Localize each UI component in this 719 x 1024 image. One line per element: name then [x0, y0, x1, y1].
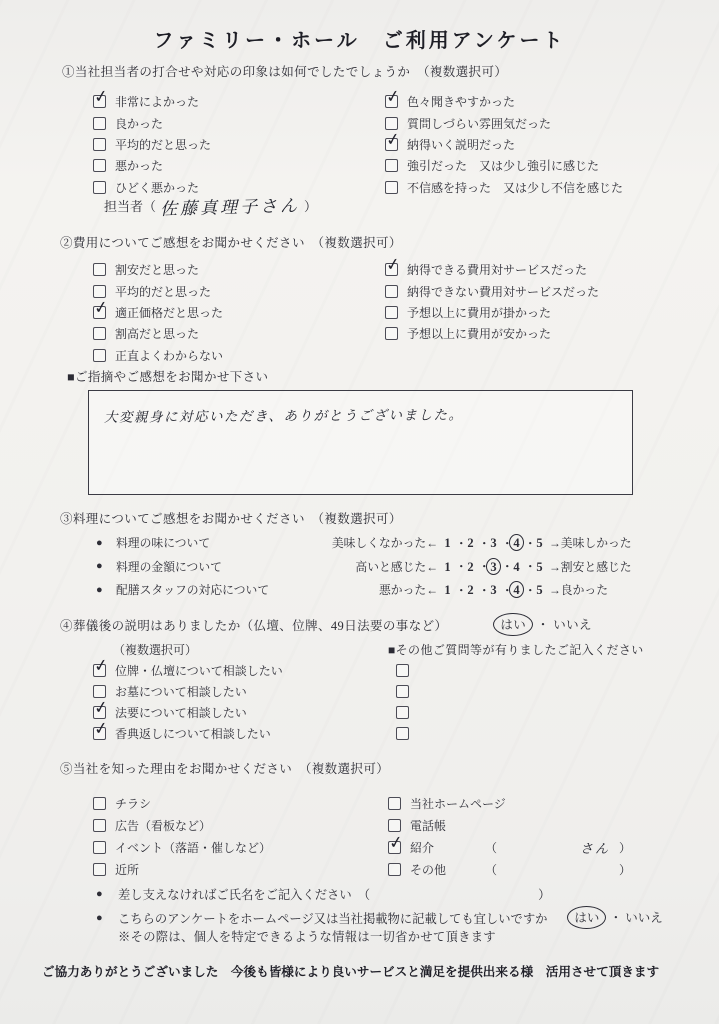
bullet-icon: ●: [96, 888, 118, 900]
section-5-heading: ⑤当社を知った理由をお聞かせください （複数選択可）: [60, 759, 389, 777]
checkbox: [385, 285, 398, 298]
scale-number: 2: [463, 581, 478, 598]
scale-number: 3: [486, 534, 501, 551]
section-5-left-options: チラシ 広告（看板など） イベント（落語・催しなど） 近所: [93, 792, 271, 880]
empty-box-row: [396, 702, 409, 723]
scale-number: 5: [532, 558, 547, 575]
section-1-right-options: 色々聞きやすかった 質問しづらい雰囲気だった 納得いく説明だった 強引だった 又…: [385, 91, 623, 198]
scale-separator: ・: [455, 557, 463, 575]
checkbox: [385, 117, 398, 130]
scale-number: 5: [532, 534, 547, 551]
option-label: 悪かった: [115, 157, 163, 174]
rating-high-label: →美味しかった: [549, 534, 632, 551]
section-1-left-options: 非常によかった 良かった 平均的だと思った 悪かった ひどく悪かった: [93, 91, 211, 198]
rating-low-label: 高いと感じた←: [316, 558, 438, 575]
option-label: 色々聞きやすかった: [407, 93, 515, 110]
option-row: 香典返しについて相談したい: [93, 723, 283, 744]
option-label: その他: [410, 861, 476, 878]
checkbox: [93, 685, 106, 698]
checkbox: [93, 159, 106, 172]
option-row: 当社ホームページ: [388, 792, 631, 814]
option-row: 法要について相談したい: [93, 702, 283, 723]
checkbox: [93, 285, 106, 298]
rating-row: ● 料理の味について 美味しくなかった← 1・2・3・4・5 →美味しかった: [96, 531, 632, 555]
checkbox: [93, 797, 106, 810]
option-row: 近所: [93, 858, 271, 880]
yes-no-answer: はい ・ いいえ: [567, 906, 662, 929]
checkbox: [396, 685, 409, 698]
scale-number: 4: [509, 558, 524, 575]
checkbox: [93, 263, 106, 276]
option-label: 不信感を持った 又は少し不信を感じた: [407, 179, 623, 196]
scale-separator: ・: [501, 534, 509, 552]
checkbox: [385, 327, 398, 340]
rating-row: ● 料理の金額について 高いと感じた← 1・2・3・4・5 →割安と感じた: [96, 555, 632, 579]
checkbox: [93, 349, 106, 362]
option-row: 納得できる費用対サービスだった: [385, 259, 599, 280]
checkbox: [93, 727, 106, 740]
option-row: 非常によかった: [93, 91, 211, 112]
checkbox: [385, 263, 398, 276]
scale-separator: ・: [524, 534, 532, 552]
scale-separator: ・: [478, 557, 486, 575]
scale-separator: ・: [501, 581, 509, 599]
rating-scale: 1・2・3・4・5: [440, 581, 547, 599]
rating-high-label: →良かった: [549, 581, 608, 598]
circled-yes: はい: [567, 906, 606, 929]
option-row: 平均的だと思った: [93, 134, 211, 155]
option-label: 紹介: [410, 839, 476, 856]
footer-thanks: ご協力ありがとうございました 今後も皆様により良いサービスと満足を提供出来る様 …: [42, 961, 659, 980]
no-option: いいえ: [625, 911, 663, 925]
publish-permission-line: ● こちらのアンケートをホームページ又は当社掲載物に記載しても宜しいですか はい…: [96, 906, 663, 929]
rating-low-label: 美味しくなかった←: [316, 534, 438, 551]
checkbox: [93, 863, 106, 876]
section-4-left-options: 位牌・仏壇について相談したい お墓について相談したい 法要について相談したい 香…: [93, 660, 283, 744]
scale-separator: ・: [478, 581, 486, 599]
option-row: 良かった: [93, 112, 211, 133]
option-row: 悪かった: [93, 155, 211, 176]
section-2-right-options: 納得できる費用対サービスだった 納得できない費用対サービスだった 予想以上に費用…: [385, 259, 599, 345]
scale-number: 4: [509, 581, 524, 598]
rating-item-label: 配膳スタッフの対応について: [116, 581, 316, 598]
section-2-left-options: 割安だと思った 平均的だと思った 適正価格だと思った 割高だと思った 正直よくわ…: [93, 259, 223, 366]
no-option: いいえ: [553, 618, 592, 632]
option-label: 非常によかった: [115, 93, 199, 110]
option-label: 納得できる費用対サービスだった: [407, 261, 587, 278]
checkbox: [93, 327, 106, 340]
checkbox: [385, 138, 398, 151]
checkbox: [388, 841, 401, 854]
scale-number: 1: [440, 558, 455, 575]
option-label: 良かった: [115, 115, 163, 132]
scale-number: 4: [509, 534, 524, 551]
scale-separator: ・: [524, 581, 532, 599]
scale-number: 1: [440, 581, 455, 598]
empty-box-row: [396, 723, 409, 744]
checkbox: [388, 797, 401, 810]
paren-handwritten-value: さん: [506, 838, 610, 857]
form-title: ファミリー・ホール ご利用アンケート: [0, 24, 719, 53]
option-row: 広告（看板など）: [93, 814, 271, 836]
option-label: 割安だと思った: [115, 261, 199, 278]
bullet-icon: ●: [96, 584, 116, 596]
option-row: 納得いく説明だった: [385, 134, 623, 155]
scale-number: 3: [486, 558, 501, 575]
bullet-icon: ●: [96, 912, 118, 924]
checkbox: [93, 138, 106, 151]
rating-high-label: →割安と感じた: [549, 558, 632, 575]
rating-low-label: 悪かった←: [316, 581, 438, 598]
checkbox: [93, 706, 106, 719]
option-row: 正直よくわからない: [93, 345, 223, 366]
option-label: 納得いく説明だった: [407, 136, 515, 153]
paren-close: ）: [619, 839, 631, 856]
checkbox: [93, 95, 106, 108]
option-row: 適正価格だと思った: [93, 302, 223, 323]
scale-number: 1: [440, 534, 455, 551]
scale-separator: ・: [455, 581, 463, 599]
option-label: 電話帳: [410, 817, 446, 834]
option-row: 平均的だと思った: [93, 280, 223, 301]
checkbox: [385, 159, 398, 172]
privacy-note: ※その際は、個人を特定できるような情報は一切省かせて頂きます: [118, 927, 496, 945]
section-4-heading: ④葬儀後の説明はありましたか（仏壇、位牌、49日法要の事など）: [60, 616, 447, 634]
scale-number: 2: [463, 534, 478, 551]
checkbox: [93, 819, 106, 832]
yes-no-separator: ・: [537, 618, 550, 632]
checkbox: [93, 306, 106, 319]
section-3-rating-rows: ● 料理の味について 美味しくなかった← 1・2・3・4・5 →美味しかった ●…: [96, 531, 632, 602]
option-row: 紹介（さん）: [388, 836, 631, 858]
option-label: 近所: [115, 861, 139, 878]
option-label: 割高だと思った: [115, 325, 199, 342]
option-label: 位牌・仏壇について相談したい: [115, 662, 283, 679]
option-row: その他（）: [388, 858, 631, 880]
option-row: お墓について相談したい: [93, 681, 283, 702]
option-row: 電話帳: [388, 814, 631, 836]
staff-line: 担当者（ 佐藤真理子さん ）: [104, 193, 317, 218]
checkbox: [93, 181, 106, 194]
scale-number: 5: [532, 581, 547, 598]
option-row: 不信感を持った 又は少し不信を感じた: [385, 177, 623, 198]
staff-label: 担当者（: [104, 196, 156, 215]
empty-box-row: [396, 660, 409, 681]
scale-separator: ・: [524, 557, 532, 575]
option-row: イベント（落語・催しなど）: [93, 836, 271, 858]
rating-scale: 1・2・3・4・5: [440, 557, 547, 575]
section-2-heading: ②費用についてご感想をお聞かせください （複数選択可）: [60, 233, 402, 251]
option-label: 当社ホームページ: [410, 795, 506, 812]
checkbox: [396, 664, 409, 677]
option-label: 広告（看板など）: [115, 817, 211, 834]
section-4-other-boxes: [396, 660, 409, 744]
option-label: 平均的だと思った: [115, 283, 211, 300]
option-label: 法要について相談したい: [115, 704, 247, 721]
name-request-text: 差し支えなければご氏名をご記入ください （: [118, 885, 370, 903]
checkbox: [385, 181, 398, 194]
section-4-heading-line: ④葬儀後の説明はありましたか（仏壇、位牌、49日法要の事など） はい ・ いいえ: [60, 613, 592, 636]
checkbox: [93, 117, 106, 130]
paren-open: （: [485, 861, 497, 878]
option-label: チラシ: [115, 795, 151, 812]
rating-row: ● 配膳スタッフの対応について 悪かった← 1・2・3・4・5 →良かった: [96, 578, 632, 602]
option-row: 予想以上に費用が安かった: [385, 323, 599, 344]
checkbox: [388, 863, 401, 876]
section-4-subnote: （複数選択可）: [113, 641, 197, 658]
option-row: 割高だと思った: [93, 323, 223, 344]
option-row: 強引だった 又は少し強引に感じた: [385, 155, 623, 176]
handwritten-comment: 大変親身に対応いただき、ありがとうございました。: [104, 402, 617, 426]
yes-no-answer: はい ・ いいえ: [493, 613, 591, 636]
rating-item-label: 料理の金額について: [116, 558, 316, 575]
option-row: 質問しづらい雰囲気だった: [385, 112, 623, 133]
rating-scale: 1・2・3・4・5: [440, 534, 547, 552]
option-label: 質問しづらい雰囲気だった: [407, 115, 551, 132]
bullet-icon: ●: [96, 537, 116, 549]
comments-box: 大変親身に対応いただき、ありがとうございました。: [88, 390, 633, 495]
option-row: 割安だと思った: [93, 259, 223, 280]
yes-no-separator: ・: [610, 911, 623, 925]
bullet-icon: ●: [96, 560, 116, 572]
option-row: 色々聞きやすかった: [385, 91, 623, 112]
option-label: 予想以上に費用が安かった: [407, 325, 551, 342]
checkbox: [93, 664, 106, 677]
scale-separator: ・: [455, 534, 463, 552]
comments-heading: ■ご指摘やご感想をお聞かせ下さい: [67, 367, 268, 385]
option-label: 納得できない費用対サービスだった: [407, 283, 599, 300]
option-label: イベント（落語・催しなど）: [115, 839, 271, 856]
scale-separator: ・: [501, 557, 509, 575]
section-1-heading: ①当社担当者の打合せや対応の印象は如何でしたでしょうか （複数選択可）: [62, 62, 507, 80]
name-request-line: ● 差し支えなければご氏名をご記入ください （ ）: [96, 885, 550, 903]
checkbox: [385, 95, 398, 108]
option-label: 香典返しについて相談したい: [115, 725, 271, 742]
checkbox: [385, 306, 398, 319]
option-label: 強引だった 又は少し強引に感じた: [407, 157, 599, 174]
checkbox: [388, 819, 401, 832]
empty-box-row: [396, 681, 409, 702]
paren-close: ）: [619, 861, 631, 878]
checkbox: [396, 706, 409, 719]
scale-separator: ・: [478, 534, 486, 552]
paren-close: ）: [538, 885, 550, 903]
staff-close-paren: ）: [304, 196, 317, 215]
circled-yes: はい: [493, 613, 533, 636]
scale-number: 2: [463, 558, 478, 575]
checkbox: [396, 727, 409, 740]
publish-permission-text: こちらのアンケートをホームページ又は当社掲載物に記載しても宜しいですか: [118, 909, 547, 927]
paren-open: （: [485, 839, 497, 856]
option-row: 納得できない費用対サービスだった: [385, 280, 599, 301]
scanned-survey-page: ファミリー・ホール ご利用アンケート ①当社担当者の打合せや対応の印象は如何でし…: [0, 0, 719, 1024]
option-row: 位牌・仏壇について相談したい: [93, 660, 283, 681]
option-label: 適正価格だと思った: [115, 304, 223, 321]
option-label: 正直よくわからない: [115, 347, 223, 364]
option-label: お墓について相談したい: [115, 683, 247, 700]
rating-item-label: 料理の味について: [116, 534, 316, 551]
option-label: 予想以上に費用が掛かった: [407, 304, 551, 321]
section-3-heading: ③料理についてご感想をお聞かせください （複数選択可）: [60, 509, 402, 527]
section-5-right-options: 当社ホームページ 電話帳 紹介（さん） その他（）: [388, 792, 631, 880]
checkbox: [93, 841, 106, 854]
option-row: チラシ: [93, 792, 271, 814]
staff-name-handwritten: 佐藤真理子さん: [160, 191, 301, 220]
option-label: 平均的だと思った: [115, 136, 211, 153]
section-4-right-heading: ■その他ご質問等が有りましたご記入ください: [388, 641, 644, 658]
scale-number: 3: [486, 581, 501, 598]
option-row: 予想以上に費用が掛かった: [385, 302, 599, 323]
